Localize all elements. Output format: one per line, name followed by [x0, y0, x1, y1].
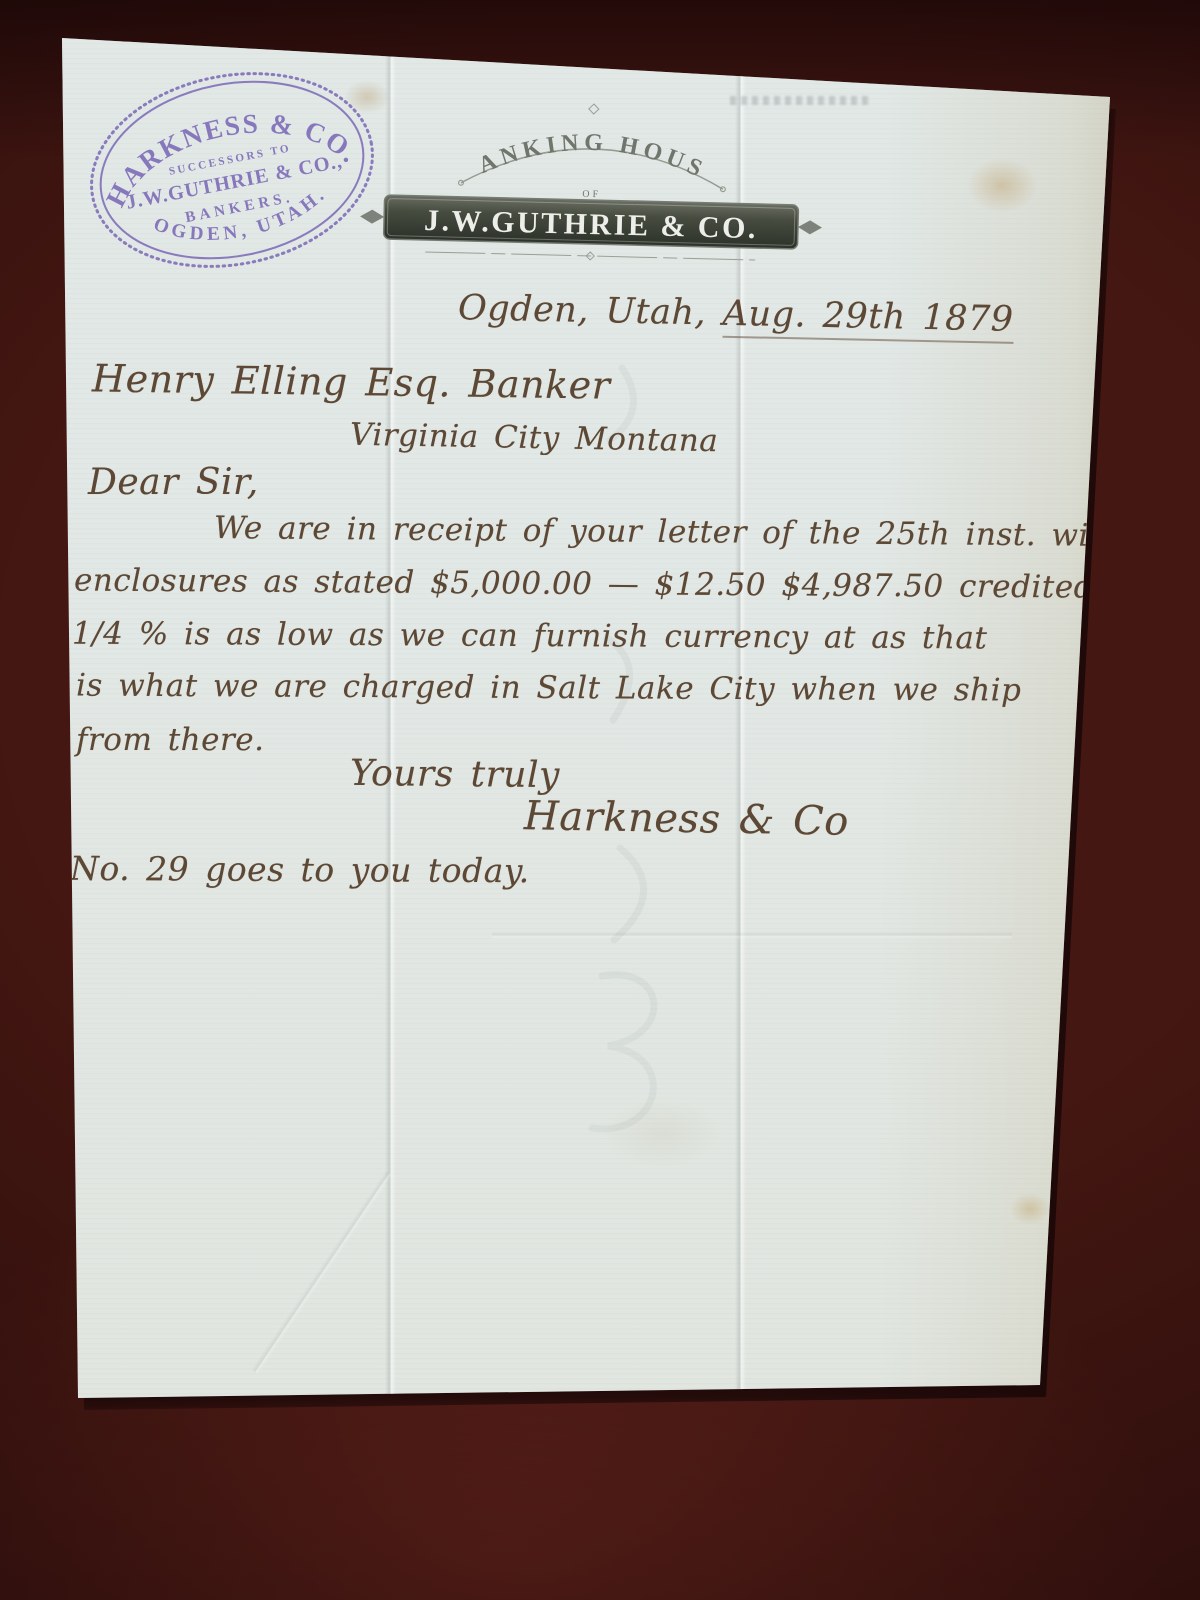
- diagonal-fold-crease: [251, 1170, 393, 1374]
- horizontal-fold-crease: [492, 931, 1012, 940]
- date-place: Ogden, Utah,: [458, 288, 707, 333]
- closing: Yours truly: [350, 753, 560, 796]
- body-line: We are in receipt of your letter of the …: [214, 510, 1123, 554]
- arch-top-ornament: [589, 104, 599, 114]
- banner: J.W.GUTHRIE & CO.: [360, 194, 823, 249]
- addressee-name: Henry Elling Esq. Banker: [92, 356, 611, 407]
- paper-stain: [602, 1098, 722, 1168]
- body-line: is what we are charged in Salt Lake City…: [76, 668, 1022, 709]
- date-line: Ogden, Utah, Aug. 29th 1879: [458, 288, 1014, 340]
- postscript: No. 29 goes to you today.: [70, 849, 530, 890]
- salutation: Dear Sir,: [88, 462, 259, 503]
- paper-stain: [1010, 1193, 1050, 1225]
- banner-right-flourish: [798, 220, 822, 235]
- signature: Harkness & Co: [524, 793, 850, 845]
- paper-stain: [967, 158, 1037, 213]
- letterhead: BANKING HOUSE OF J.W.GUTHRIE & CO.: [355, 88, 829, 277]
- photo-background: HARKNESS & CO. SUCCESSORS TO J.W.GUTHRIE…: [0, 0, 1200, 1600]
- printer-imprint: [730, 96, 870, 105]
- addressee-city: Virginia City Montana: [350, 417, 719, 459]
- company-stamp: HARKNESS & CO. SUCCESSORS TO J.W.GUTHRIE…: [63, 41, 400, 299]
- banner-left-flourish: [360, 209, 384, 224]
- banking-house-text: BANKING HOUSE: [355, 88, 713, 184]
- body-line: from there.: [76, 722, 265, 758]
- of-text: OF: [582, 189, 601, 200]
- date-value: Aug. 29th 1879: [722, 294, 1014, 344]
- body-line: enclosures as stated $5,000.00 — $12.50 …: [74, 562, 1094, 605]
- banner-underline: [425, 252, 755, 260]
- letter-paper: HARKNESS & CO. SUCCESSORS TO J.W.GUTHRIE…: [62, 38, 1110, 1398]
- body-line: 1/4 % is as low as we can furnish curren…: [72, 616, 988, 657]
